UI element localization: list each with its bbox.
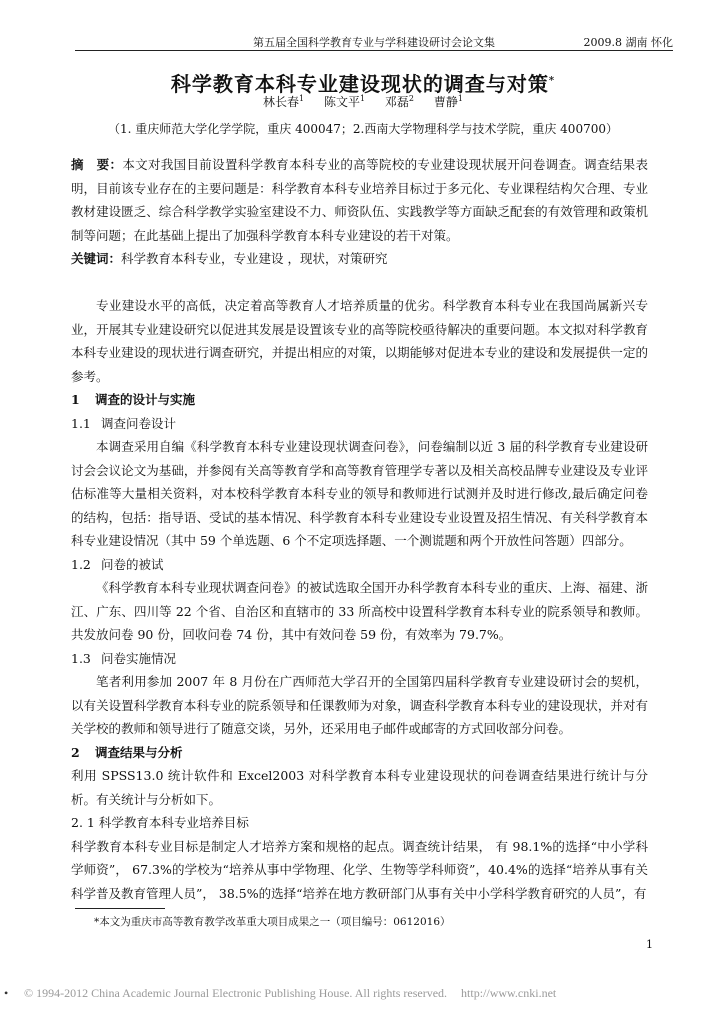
author-affiliation-mark: 1 <box>360 94 365 103</box>
section-heading: 1调查的设计与实施 <box>71 388 648 412</box>
paragraph: 笔者利用参加 2007 年 8 月份在广西师范大学召开的全国第四届科学教育专业建… <box>71 670 648 741</box>
section-title: 调查的设计与实施 <box>95 392 195 407</box>
paragraph: 利用 SPSS13.0 统计软件和 Excel2003 对科学教育本科专业建设现… <box>71 764 648 811</box>
keywords-text: 科学教育本科专业，专业建设 ，现状，对策研究 <box>121 251 387 266</box>
footnote-divider <box>75 908 165 909</box>
author-name: 陈文平 <box>324 95 360 109</box>
keywords: 关键词：科学教育本科专业，专业建设 ，现状，对策研究 <box>71 247 648 271</box>
author-affiliation-mark: 2 <box>409 94 414 103</box>
subsection-heading: 1.2问卷的被试 <box>71 553 648 577</box>
section-heading: 2调查结果与分析 <box>71 741 648 765</box>
subsection-title: 问卷实施情况 <box>101 651 176 666</box>
author-name: 邓磊 <box>385 95 409 109</box>
paragraph: 本调查采用自编《科学教育本科专业建设现状调查问卷》，问卷编制以近 3 届的科学教… <box>71 435 648 553</box>
cnki-link[interactable]: http://www.cnki.net <box>461 986 556 1000</box>
running-head-right: 2009.8 湖南 怀化 <box>584 34 673 50</box>
author-name: 林长春 <box>263 95 299 109</box>
page-number: 1 <box>646 938 653 951</box>
subsection-heading: 2. 1 科学教育本科专业培养目标 <box>71 811 648 835</box>
bullet-icon: • <box>4 986 8 1001</box>
section-title: 调查结果与分析 <box>95 745 183 760</box>
title-footnote-mark: * <box>549 75 555 86</box>
section-number: 2 <box>71 741 95 765</box>
keywords-label: 关键词： <box>71 251 121 266</box>
author-list: 林长春1 陈文平1 邓磊2 曹静1 <box>0 93 726 110</box>
abstract-label: 摘 要： <box>71 157 122 172</box>
footnote: *本文为重庆市高等教育教学改革重大项目成果之一（项目编号：0612016） <box>94 914 451 929</box>
subsection-heading: 1.1调查问卷设计 <box>71 412 648 436</box>
paragraph: 科学教育本科专业目标是制定人才培养方案和规格的起点。调查统计结果， 有 98.1… <box>71 835 648 906</box>
affiliations: （1. 重庆师范大学化学学院，重庆 400047；2.西南大学物理科学与技术学院… <box>0 120 726 137</box>
section-number: 1 <box>71 388 95 412</box>
author-affiliation-mark: 1 <box>299 94 304 103</box>
copyright-text: © 1994-2012 China Academic Journal Elect… <box>24 986 447 1000</box>
abstract-text: 本文对我国目前设置科学教育本科专业的高等院校的专业建设现状展开问卷调查。调查结果… <box>71 157 648 243</box>
author-name: 曹静 <box>434 95 458 109</box>
subsection-number: 1.2 <box>71 553 101 577</box>
copyright-line: © 1994-2012 China Academic Journal Elect… <box>24 986 556 1001</box>
author: 林长春1 <box>263 95 304 109</box>
running-head: 第五届全国科学教育专业与学科建设研讨会论文集 2009.8 湖南 怀化 <box>75 34 673 51</box>
author-affiliation-mark: 1 <box>458 94 463 103</box>
intro-paragraph: 专业建设水平的高低，决定着高等教育人才培养质量的优劣。科学教育本科专业在我国尚属… <box>71 294 648 388</box>
paragraph: 《科学教育本科专业现状调查问卷》的被试选取全国开办科学教育本科专业的重庆、上海、… <box>71 576 648 647</box>
main-body: 专业建设水平的高低，决定着高等教育人才培养质量的优劣。科学教育本科专业在我国尚属… <box>71 294 648 905</box>
subsection-number: 1.1 <box>71 412 101 436</box>
author: 邓磊2 <box>385 95 414 109</box>
subsection-heading: 1.3问卷实施情况 <box>71 647 648 671</box>
subsection-number: 1.3 <box>71 647 101 671</box>
running-head-left: 第五届全国科学教育专业与学科建设研讨会论文集 <box>253 34 495 50</box>
abstract: 摘 要：本文对我国目前设置科学教育本科专业的高等院校的专业建设现状展开问卷调查。… <box>71 153 648 247</box>
author: 陈文平1 <box>324 95 365 109</box>
subsection-title: 问卷的被试 <box>101 557 164 572</box>
paper-page: 第五届全国科学教育专业与学科建设研讨会论文集 2009.8 湖南 怀化 科学教育… <box>0 0 726 1024</box>
subsection-title: 调查问卷设计 <box>101 416 176 431</box>
author: 曹静1 <box>434 95 463 109</box>
